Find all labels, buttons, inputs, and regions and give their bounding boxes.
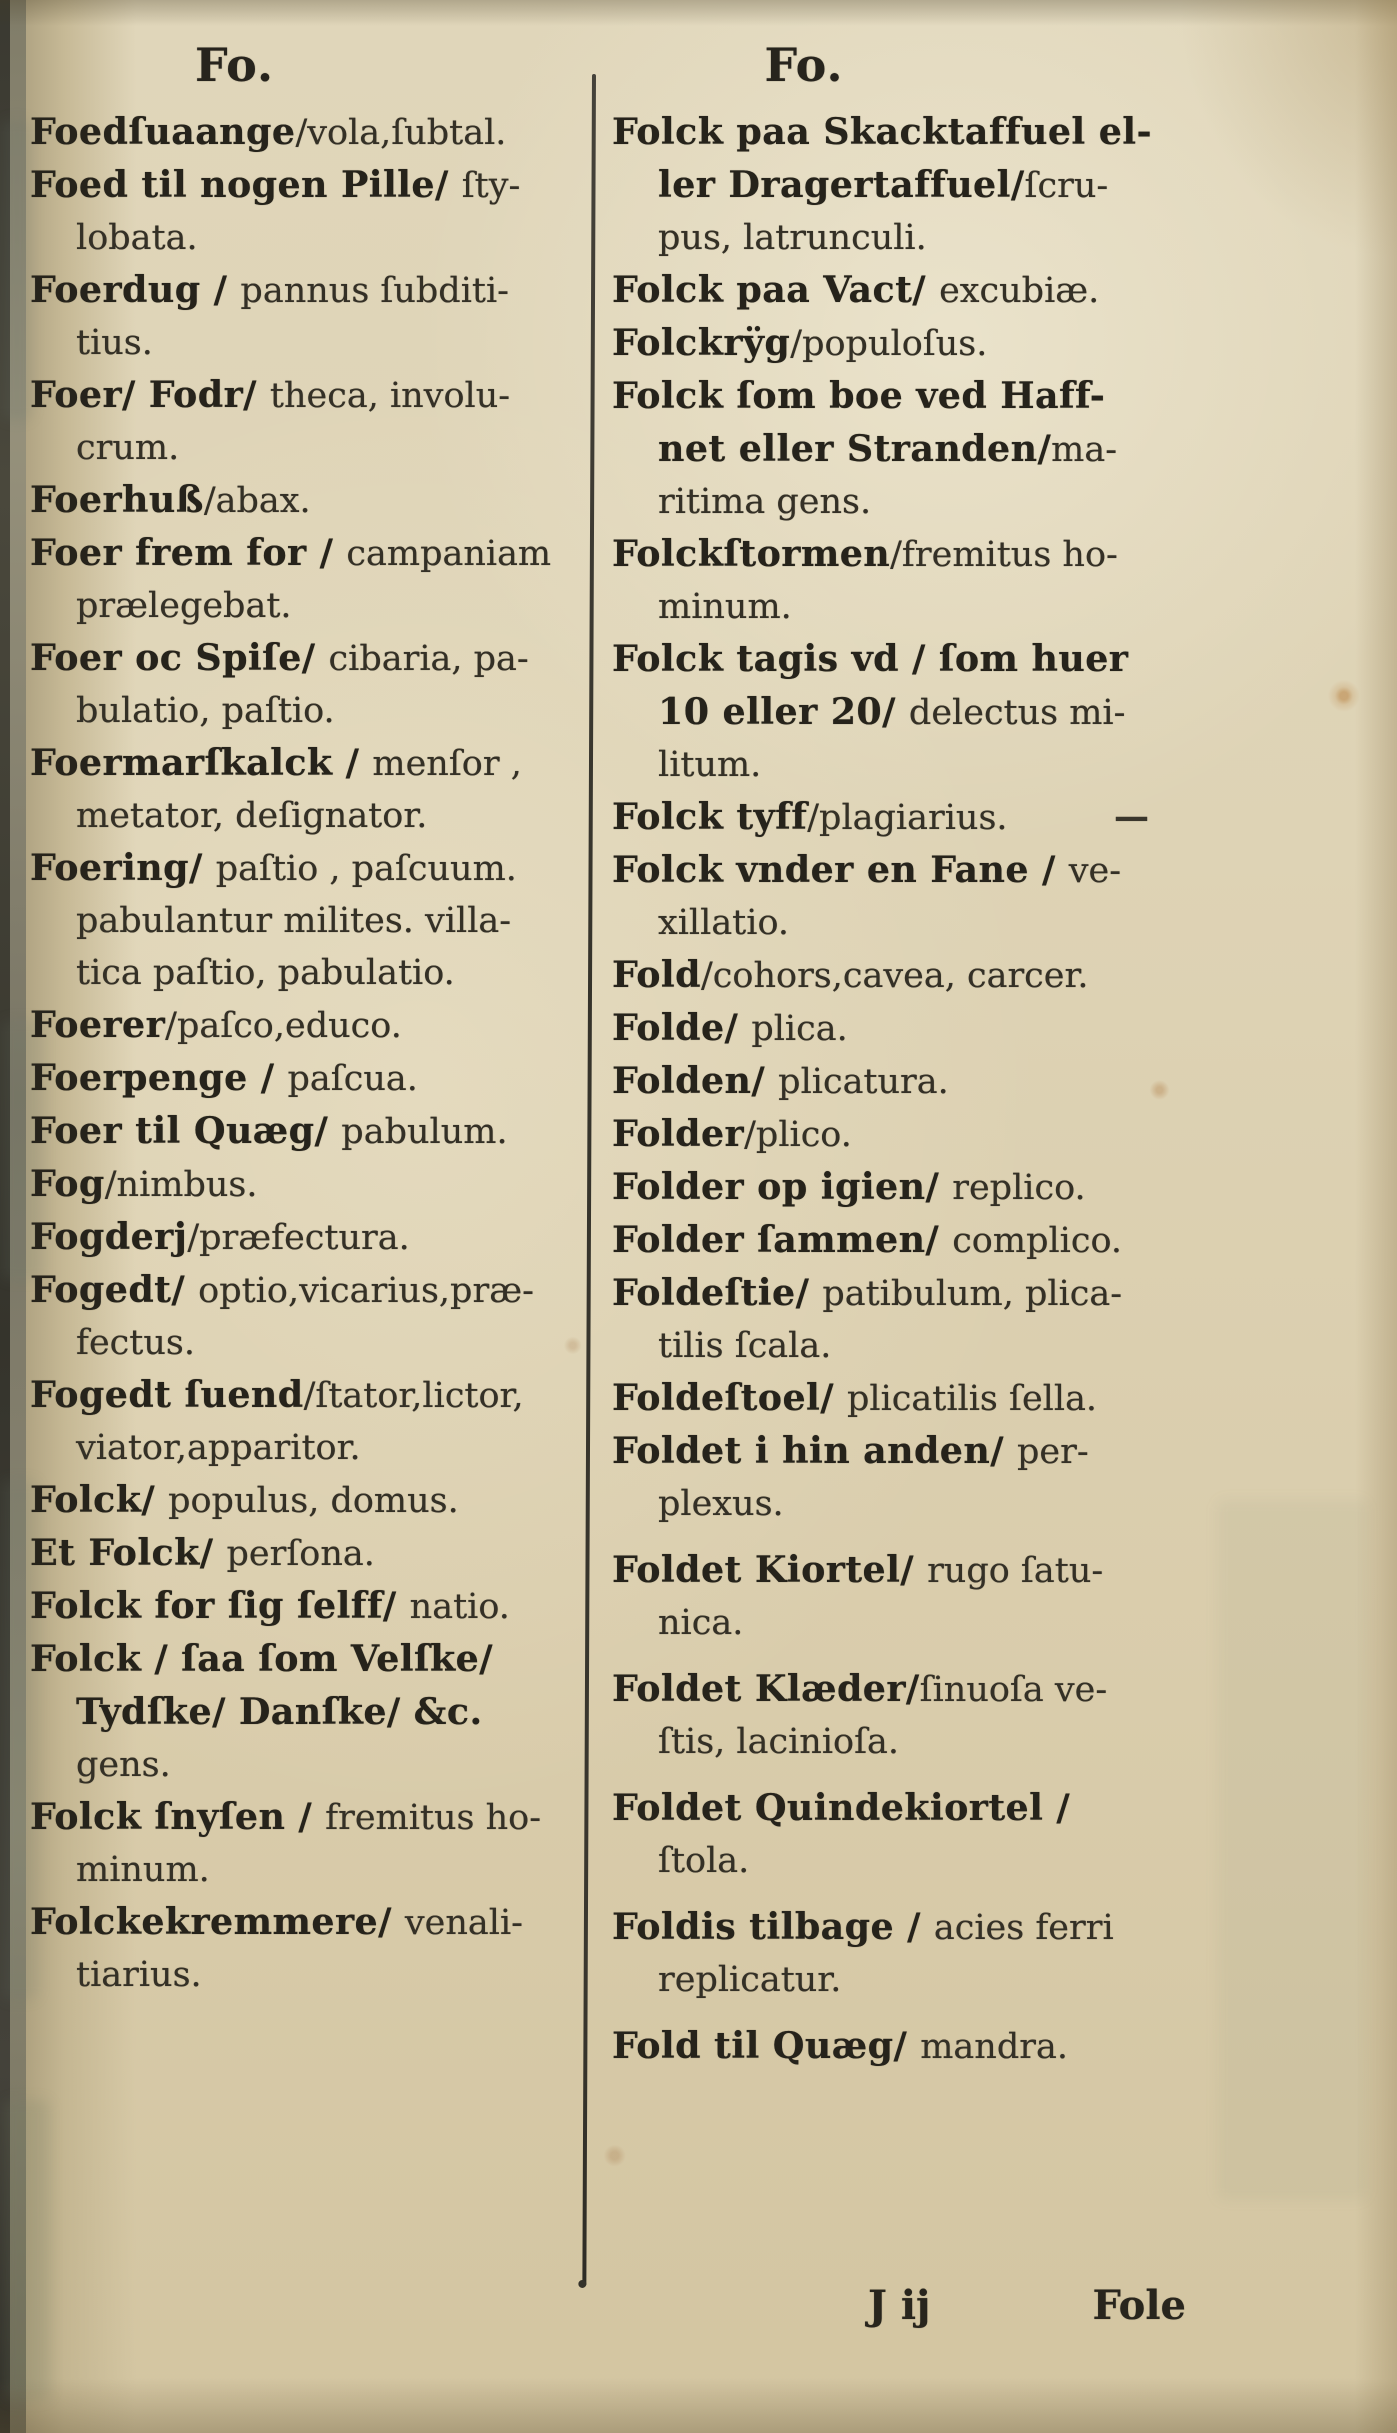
dictionary-entry: Et Folck/ perſona. — [30, 1527, 555, 1580]
headword: Foldeſtoel/ — [612, 1376, 847, 1419]
dictionary-entry: Foering/ paſtio , paſcuum. pabulantur mi… — [30, 842, 555, 999]
headword: Folck tyff — [612, 795, 807, 838]
headword: Fold til Quæg/ — [612, 2024, 920, 2067]
headword: Folck ſnyſen / — [30, 1795, 325, 1838]
entry-list: Foedſuaange/vola,ſubtal.Foed til nogen P… — [30, 106, 555, 2001]
headword: Folckſtormen — [612, 532, 890, 575]
headword: Foerhuß — [30, 478, 204, 521]
scanned-book-page: Fo. Foedſuaange/vola,ſubtal.Foed til nog… — [0, 0, 1397, 2433]
headword: Folck/ — [30, 1478, 168, 1521]
latin-gloss: /plico. — [744, 1115, 852, 1155]
headword: Foer/ Fodr/ — [30, 373, 270, 416]
latin-gloss: perſona. — [227, 1534, 375, 1574]
right-column: Fo. Folck paa Skacktaffuel el- ler Drage… — [612, 38, 1160, 2073]
running-header: Fo. — [0, 38, 497, 92]
dictionary-entry: Foed til nogen Pille/ ſty- lobata. — [30, 159, 555, 264]
running-header: Fo. — [530, 38, 1078, 92]
dictionary-entry: Fog/nimbus. — [30, 1158, 555, 1211]
headword: Foerpenge / — [30, 1056, 288, 1099]
dictionary-entry: Foldet i hin anden/ per- plexus. — [612, 1425, 1160, 1530]
dictionary-entry: Foldet Klæder/ſinuoſa ve- ſtis, lacinioſ… — [612, 1663, 1160, 1768]
dictionary-entry: Folder ſammen/ complico. — [612, 1214, 1160, 1267]
dictionary-entry: Foerhuß/abax. — [30, 474, 555, 527]
headword: Folck for ſig ſelff/ — [30, 1584, 410, 1627]
latin-gloss: ſtola. — [658, 1841, 749, 1881]
latin-gloss: /paſco,educo. — [165, 1006, 402, 1046]
headword: Fogedt/ — [30, 1268, 198, 1311]
dictionary-entry: Foer oc Spiſe/ cibaria, pa- bulatio, paſ… — [30, 632, 555, 737]
dictionary-entry: Foerer/paſco,educo. — [30, 999, 555, 1052]
dictionary-entry: Folck tagis vd / ſom huer 10 eller 20/ d… — [612, 633, 1160, 791]
dictionary-entry: Folck paa Skacktaffuel el- ler Dragertaf… — [612, 106, 1160, 264]
latin-gloss: natio. — [410, 1587, 510, 1627]
dictionary-entry: Foerdug / pannus ſubditi- tius. — [30, 264, 555, 369]
latin-gloss: /plagiarius. — [807, 798, 1007, 838]
dictionary-entry: Fold/cohors,cavea, carcer. — [612, 949, 1160, 1002]
dictionary-entry: Folckrÿg/populoſus. — [612, 317, 1160, 370]
signature-line: J ij Fole — [868, 2282, 1186, 2329]
headword: Folckekremmere/ — [30, 1900, 405, 1943]
headword: Foering/ — [30, 846, 216, 889]
paper-corner-stain — [1177, 0, 1397, 260]
headword: Folckrÿg — [612, 321, 790, 364]
headword: Et Folck/ — [30, 1531, 227, 1574]
headword: Folck ſom boe ved Haff- net eller Strand… — [612, 374, 1105, 470]
headword: Folck / ſaa ſom Velſke/ Tydſke/ Danſke/ … — [30, 1637, 493, 1733]
headword: Folder — [612, 1112, 744, 1155]
latin-gloss: /nimbus. — [105, 1165, 258, 1205]
headword: Foldet i hin anden/ — [612, 1429, 1017, 1472]
dictionary-entry: Folck/ populus, domus. — [30, 1474, 555, 1527]
headword: Fogedt ſuend — [30, 1373, 304, 1416]
dictionary-entry: Foer til Quæg/ pabulum. — [30, 1105, 555, 1158]
dictionary-entry: Fogderj/præfectura. — [30, 1211, 555, 1264]
headword: Foldeſtie/ — [612, 1271, 822, 1314]
latin-gloss: /præfectura. — [187, 1218, 409, 1258]
catchword: Fole — [1092, 2282, 1186, 2329]
dictionary-entry: Foldeſtoel/ plicatilis ſella. — [612, 1372, 1160, 1425]
latin-gloss: /abax. — [204, 481, 311, 521]
dictionary-entry: Foldet Quindekiortel / ſtola. — [612, 1782, 1160, 1887]
headword: Foer oc Spiſe/ — [30, 636, 329, 679]
headword: Foldis tilbage / — [612, 1905, 934, 1948]
headword: Folden/ — [612, 1059, 778, 1102]
dictionary-entry: Folckekremmere/ venali- tiarius. — [30, 1896, 555, 2001]
dictionary-entry: Foer frem for / campaniam prælegebat. — [30, 527, 555, 632]
dictionary-entry: Folck ſom boe ved Haff- net eller Strand… — [612, 370, 1160, 528]
entry-list: Folck paa Skacktaffuel el- ler Dragertaf… — [612, 106, 1160, 2073]
headword: Foedſuaange — [30, 110, 295, 153]
dictionary-entry: Fold til Quæg/ mandra. — [612, 2020, 1160, 2073]
dictionary-entry: Folde/ plica. — [612, 1002, 1160, 1055]
headword: Folck vnder en Fane / — [612, 848, 1069, 891]
left-column: Fo. Foedſuaange/vola,ſubtal.Foed til nog… — [30, 38, 555, 2001]
latin-gloss: mandra. — [920, 2027, 1068, 2067]
dictionary-entry: Folck / ſaa ſom Velſke/ Tydſke/ Danſke/ … — [30, 1633, 555, 1791]
dictionary-entry: Foldet Kiortel/ rugo ſatu- nica. — [612, 1544, 1160, 1649]
latin-gloss: /populoſus. — [790, 324, 987, 364]
latin-gloss: replico. — [952, 1168, 1085, 1208]
headword: Fog — [30, 1162, 105, 1205]
dictionary-entry: Folden/ plicatura. — [612, 1055, 1160, 1108]
latin-gloss: plica. — [751, 1009, 847, 1049]
page-edge-bottom — [0, 2378, 1397, 2433]
dictionary-entry: Folck ſnyſen / fremitus ho- minum. — [30, 1791, 555, 1896]
dictionary-entry: Folck tyff/plagiarius.— — [612, 791, 1160, 844]
latin-gloss: plicatura. — [778, 1062, 949, 1102]
headword: Foer til Quæg/ — [30, 1109, 341, 1152]
dictionary-entry: Folck paa Vact/ excubiæ. — [612, 264, 1160, 317]
dictionary-entry: Folck vnder en Fane / ve- xillatio. — [612, 844, 1160, 949]
latin-gloss: excubiæ. — [939, 271, 1099, 311]
headword: Foldet Quindekiortel / — [612, 1786, 1070, 1829]
latin-gloss: populus, domus. — [168, 1481, 459, 1521]
headword: Foerer — [30, 1003, 165, 1046]
dictionary-entry: Foldis tilbage / acies ferri replicatur. — [612, 1901, 1160, 2006]
column-divider-rule — [582, 74, 596, 2286]
headword: Fold — [612, 953, 701, 996]
ink-bleedthrough — [1217, 1500, 1367, 2200]
headword: Folck paa Vact/ — [612, 268, 939, 311]
dictionary-entry: Folder op igien/ replico. — [612, 1161, 1160, 1214]
dictionary-entry: Fogedt ſuend/ſtator,lictor, viator,appar… — [30, 1369, 555, 1474]
headword: Folder ſammen/ — [612, 1218, 952, 1261]
dictionary-entry: Foermarſkalck / menſor , metator, deſign… — [30, 737, 555, 842]
headword: Foer frem for / — [30, 531, 346, 574]
dictionary-entry: Folckſtormen/fremitus ho- minum. — [612, 528, 1160, 633]
latin-gloss: paſcua. — [288, 1059, 418, 1099]
headword: Folder op igien/ — [612, 1165, 952, 1208]
ink-bleedthrough — [4, 2100, 50, 2400]
headword: Foed til nogen Pille/ — [30, 163, 462, 206]
dictionary-entry: Foer/ Fodr/ theca, involu- crum. — [30, 369, 555, 474]
headword: Foldet Kiortel/ — [612, 1548, 927, 1591]
latin-gloss: /cohors,cavea, carcer. — [701, 956, 1089, 996]
dictionary-entry: Foerpenge / paſcua. — [30, 1052, 555, 1105]
headword: Fogderj — [30, 1215, 187, 1258]
dictionary-entry: Folck for ſig ſelff/ natio. — [30, 1580, 555, 1633]
latin-gloss: complico. — [952, 1221, 1122, 1261]
ink-bleedthrough — [2, 120, 32, 420]
latin-gloss: gens. — [76, 1745, 171, 1785]
headword: Foermarſkalck / — [30, 741, 372, 784]
dictionary-entry: Foedſuaange/vola,ſubtal. — [30, 106, 555, 159]
latin-gloss: /vola,ſubtal. — [295, 113, 506, 153]
headword: Folde/ — [612, 1006, 751, 1049]
dictionary-entry: Fogedt/ optio,vicarius,præ- fectus. — [30, 1264, 555, 1369]
dictionary-entry: Foldeſtie/ patibulum, plica- tilis ſcala… — [612, 1267, 1160, 1372]
latin-gloss: plicatilis ſella. — [847, 1379, 1097, 1419]
latin-gloss: pabulum. — [341, 1112, 507, 1152]
headword: Foerdug / — [30, 268, 240, 311]
dictionary-entry: Folder/plico. — [612, 1108, 1160, 1161]
quire-signature: J ij — [868, 2282, 931, 2329]
headword: Foldet Klæder/ — [612, 1667, 920, 1710]
